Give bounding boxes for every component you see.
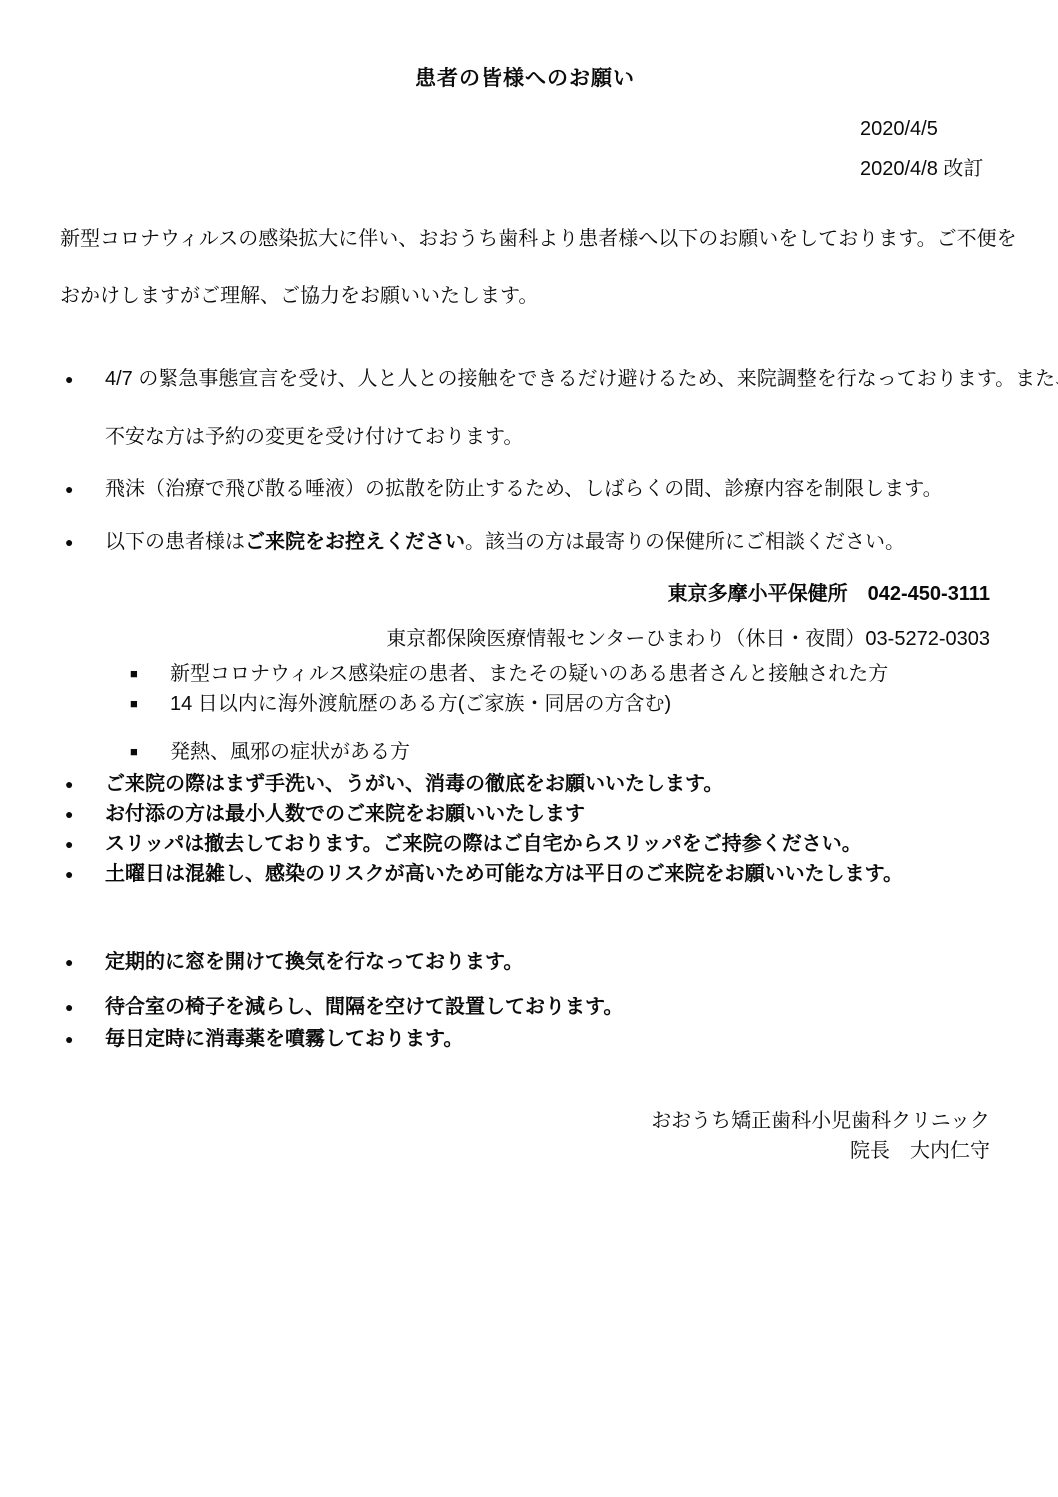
intro-paragraph-line1: 新型コロナウィルスの感染拡大に伴い、おおうち歯科より患者様へ以下のお願いをしてお… (60, 228, 990, 250)
sub-bullet-contact-with-patient-text: 新型コロナウィルス感染症の患者、またその疑いのある患者さんと接触された方 (170, 663, 990, 685)
sub-bullet-overseas-travel: ■ 14 日以内に海外渡航歴のある方(ご家族・同居の方含む) (130, 693, 990, 715)
bullet-weekday-visit-text: 土曜日は混雑し、感染のリスクが高いため可能な方は平日のご来院をお願いいたします。 (105, 863, 990, 885)
contact-health-center: 東京多摩小平保健所 042-450-3111 (60, 583, 990, 605)
bullet-dot-icon: ● (65, 368, 105, 390)
bullet-waiting-room-chairs-text: 待合室の椅子を減らし、間隔を空けて設置しております。 (105, 996, 990, 1018)
bullet-dot-icon: ● (65, 773, 105, 795)
bullet-waiting-room-chairs: ● 待合室の椅子を減らし、間隔を空けて設置しております。 (65, 996, 990, 1018)
bullet-dot-icon: ● (65, 833, 105, 855)
bullet-visit-adjustment-text: 4/7 の緊急事態宣言を受け、人と人との接触をできるだけ避けるため、来院調整を行… (105, 368, 1058, 390)
bullet-visit-adjustment-continuation: 不安な方は予約の変更を受け付けております。 (105, 426, 990, 448)
bullet-dot-icon: ● (65, 1028, 105, 1050)
bullet-handwashing-text: ご来院の際はまず手洗い、うがい、消毒の徹底をお願いいたします。 (105, 773, 990, 795)
signature-director-name: 院長 大内仁守 (60, 1140, 990, 1162)
bullet-square-icon: ■ (130, 693, 170, 715)
refrain-text-post: 。該当の方は最寄りの保健所にご相談ください。 (465, 531, 905, 553)
intro-paragraph-line2: おかけしますがご理解、ご協力をお願いいたします。 (60, 285, 990, 307)
sub-bullet-fever-cold-symptoms: ■ 発熱、風邪の症状がある方 (130, 741, 990, 763)
bullet-minimal-companions: ● お付添の方は最小人数でのご来院をお願いいたします (65, 803, 990, 825)
page-title: 患者の皆様へのお願い (60, 68, 990, 90)
refrain-text-bold: ご来院をお控えください (245, 531, 465, 553)
sub-bullet-fever-cold-symptoms-text: 発熱、風邪の症状がある方 (170, 741, 990, 763)
bullet-refrain-from-visiting: ● 以下の患者様はご来院をお控えください。該当の方は最寄りの保健所にご相談くださ… (65, 531, 990, 553)
date-issued: 2020/4/5 (860, 118, 990, 140)
sub-bullet-contact-with-patient: ■ 新型コロナウィルス感染症の患者、またその疑いのある患者さんと接触された方 (130, 663, 990, 685)
bullet-visit-adjustment: ● 4/7 の緊急事態宣言を受け、人と人との接触をできるだけ避けるため、来院調整… (65, 368, 990, 390)
bullet-minimal-companions-text: お付添の方は最小人数でのご来院をお願いいたします (105, 803, 990, 825)
document-page: 患者の皆様へのお願い 2020/4/5 2020/4/8 改訂 新型コロナウィル… (0, 0, 1058, 1497)
bullet-slippers-text: スリッパは撤去しております。ご来院の際はご自宅からスリッパをご持参ください。 (105, 833, 990, 855)
signature-clinic-name: おおうち矯正歯科小児歯科クリニック (60, 1110, 990, 1132)
bullet-refrain-from-visiting-text: 以下の患者様はご来院をお控えください。該当の方は最寄りの保健所にご相談ください。 (105, 531, 990, 553)
bullet-dot-icon: ● (65, 478, 105, 500)
bullet-square-icon: ■ (130, 741, 170, 763)
bullet-disinfectant-spray-text: 毎日定時に消毒薬を噴霧しております。 (105, 1028, 990, 1050)
bullet-dot-icon: ● (65, 863, 105, 885)
bullet-dot-icon: ● (65, 951, 105, 973)
bullet-weekday-visit: ● 土曜日は混雑し、感染のリスクが高いため可能な方は平日のご来院をお願いいたしま… (65, 863, 990, 885)
bullet-disinfectant-spray: ● 毎日定時に消毒薬を噴霧しております。 (65, 1028, 990, 1050)
bullet-dot-icon: ● (65, 803, 105, 825)
bullet-ventilation: ● 定期的に窓を開けて換気を行なっております。 (65, 951, 990, 973)
bullet-ventilation-text: 定期的に窓を開けて換気を行なっております。 (105, 951, 990, 973)
bullet-droplet-prevention: ● 飛沫（治療で飛び散る唾液）の拡散を防止するため、しばらくの間、診療内容を制限… (65, 478, 990, 500)
bullet-handwashing: ● ご来院の際はまず手洗い、うがい、消毒の徹底をお願いいたします。 (65, 773, 990, 795)
date-revised: 2020/4/8 改訂 (860, 158, 990, 180)
bullet-dot-icon: ● (65, 531, 105, 553)
sub-bullet-overseas-travel-text: 14 日以内に海外渡航歴のある方(ご家族・同居の方含む) (170, 693, 990, 715)
bullet-dot-icon: ● (65, 996, 105, 1018)
refrain-text-pre: 以下の患者様は (105, 531, 245, 553)
bullet-droplet-prevention-text: 飛沫（治療で飛び散る唾液）の拡散を防止するため、しばらくの間、診療内容を制限しま… (105, 478, 990, 500)
bullet-square-icon: ■ (130, 663, 170, 685)
bullet-slippers: ● スリッパは撤去しております。ご来院の際はご自宅からスリッパをご持参ください。 (65, 833, 990, 855)
contact-himawari: 東京都保険医療情報センターひまわり（休日・夜間）03-5272-0303 (60, 628, 990, 650)
